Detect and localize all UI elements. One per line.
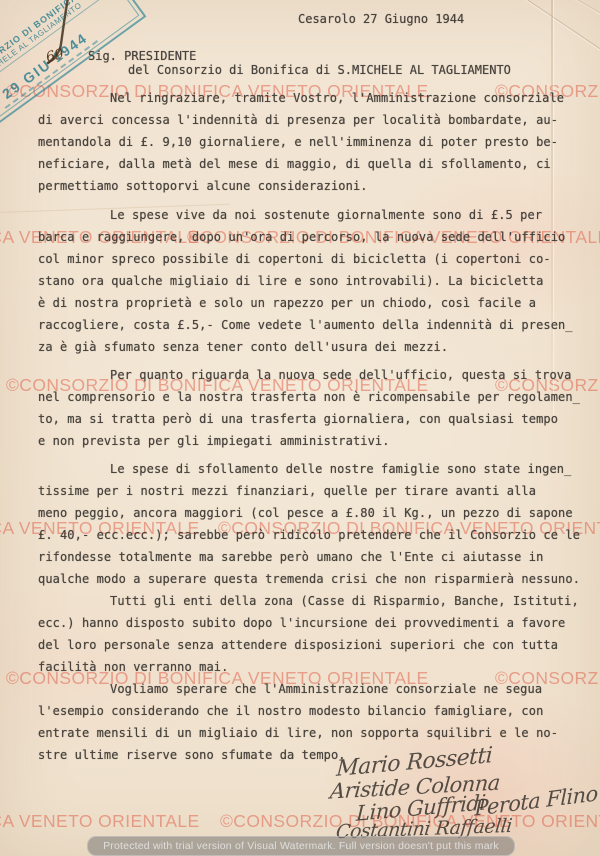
letter-line: Per quanto riguarda la nuova sede dell'u… (110, 368, 571, 383)
letter-line: col minor spreco possibile di copertoni … (38, 252, 551, 267)
letter-line: Nel ringraziare, tramite Vostro, l'Ammin… (110, 91, 564, 106)
letter-line: Le spese di sfollamento delle nostre fam… (110, 462, 571, 477)
paper-crease (551, 0, 553, 420)
pressed-stem-mark (38, 0, 98, 78)
letter-line: e non prevista per gli impiegati amminis… (38, 434, 390, 449)
letter-line: Vogliamo sperare che l'Amministrazione c… (110, 682, 542, 697)
paper-crease (482, 0, 600, 40)
letter-line: Le spese vive da noi sostenute giornalme… (110, 208, 542, 223)
letter-line: neficiare, dalla metà del mese di maggio… (38, 157, 551, 172)
letter-line: Tutti gli enti della zona (Casse di Risp… (110, 594, 579, 609)
letter-line: £. 40,- ecc.ecc.); sarebbe però ridicolo… (38, 528, 580, 543)
letter-line: di averci concessa l'indennità di presen… (38, 113, 558, 128)
letter-line: rifondesse totalmente ma sarebbe però um… (38, 550, 543, 565)
letter-line: è di nostra proprietà e solo un rapezzo … (38, 296, 536, 311)
letter-line: qualche modo a superare questa tremenda … (38, 572, 580, 587)
letter-line: raccogliere, costa £.5,- Come vedete l'a… (38, 318, 573, 333)
letter-line: stano ora qualche migliaio di lire e son… (38, 274, 543, 289)
letter-line: entrate mensili di un migliaio di lire, … (38, 726, 558, 741)
addressee-line: del Consorzio di Bonifica di S.MICHELE A… (128, 63, 511, 77)
letter-line: za è già sfumato senza tener conto dell'… (38, 340, 448, 355)
letter-line: stre ultime riserve sono sfumate da temp… (38, 748, 346, 763)
letter-line: barca e raggiungere, dopo un'ora di perc… (38, 230, 565, 245)
paper-crease (471, 0, 600, 91)
letter-line: meno peggio, ancora maggiori (col pesce … (38, 506, 573, 521)
letter-line: mentandola di £. 9,10 giornaliere, e nel… (38, 135, 558, 150)
letter-line: nel comprensorio e la nostra trasferta n… (38, 390, 580, 405)
watermark-text: ©CONSORZIO DI BONIFICA VENETO ORIENTALE (0, 811, 200, 832)
letter-date: Cesarolo 27 Giugno 1944 (298, 12, 464, 26)
letter-line: to, ma si tratta però di una trasferta g… (38, 412, 558, 427)
letter-line: tissime per i nostri mezzi finanziari, q… (38, 484, 536, 499)
letter-line: facilità non verranno mai. (38, 660, 228, 675)
trial-watermark-notice: Protected with trial version of Visual W… (87, 836, 515, 856)
letter-line: permettiamo sottoporvi alcune consideraz… (38, 179, 368, 194)
letter-line: ecc.) hanno disposto subito dopo l'incur… (38, 616, 565, 631)
letter-line: l'esempio considerando che il nostro mod… (38, 704, 543, 719)
addressee-line: Sig. PRESIDENTE (88, 49, 196, 63)
scanned-letter-page: ©CONSORZIO DI BONIFICA VENETO ORIENTALE©… (0, 0, 600, 856)
letter-line: del loro personale senza attendere dispo… (38, 638, 558, 653)
